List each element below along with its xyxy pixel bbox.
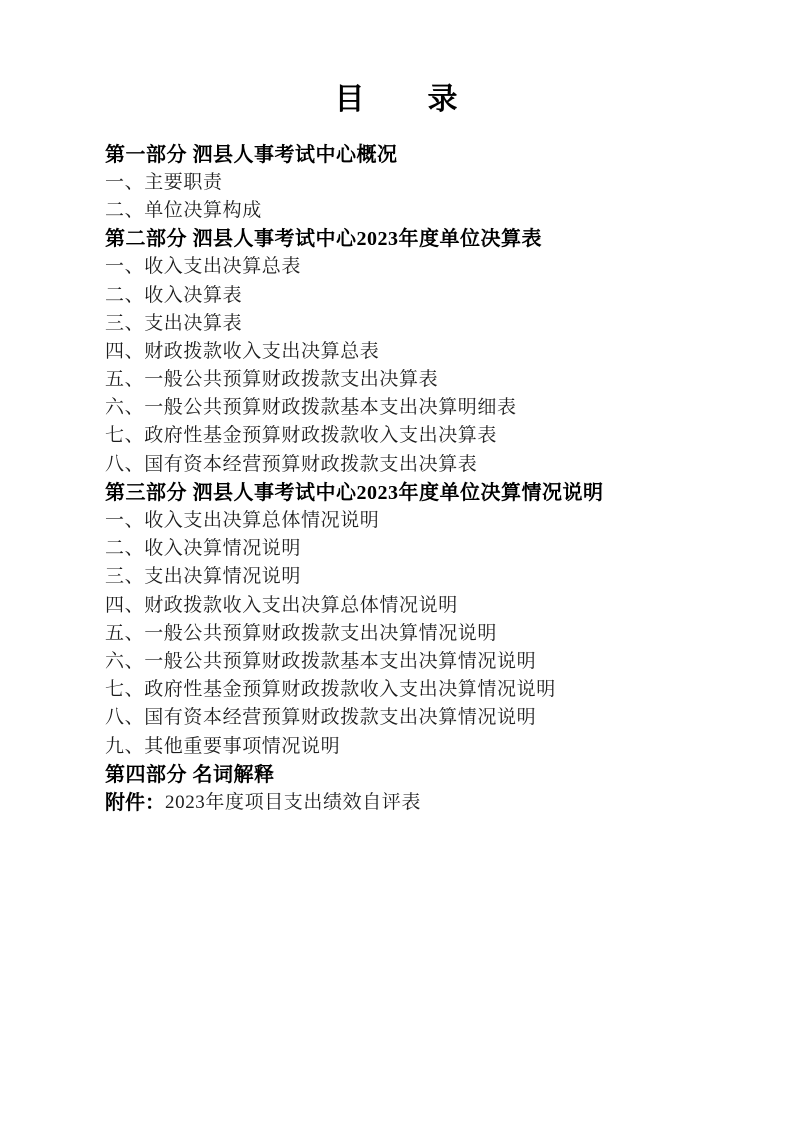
toc-entry: 一、收入支出决算总表 (105, 251, 733, 279)
toc-entry: 一、收入支出决算总体情况说明 (105, 504, 733, 532)
document-page: 目 录 第一部分 泗县人事考试中心概况 一、主要职责 二、单位决算构成 第二部分… (0, 0, 793, 1122)
attachment-line: 附件： 2023年度项目支出绩效自评表 (105, 786, 733, 814)
toc-entry: 四、财政拨款收入支出决算总表 (105, 335, 733, 363)
toc-entry: 六、一般公共预算财政拨款基本支出决算情况说明 (105, 645, 733, 673)
toc-entry: 二、单位决算构成 (105, 194, 733, 222)
attachment-title: 2023年度项目支出绩效自评表 (165, 787, 421, 814)
toc-entry: 五、一般公共预算财政拨款支出决算表 (105, 364, 733, 392)
toc-entry: 七、政府性基金预算财政拨款收入支出决算表 (105, 420, 733, 448)
attachment-label: 附件： (105, 786, 165, 815)
toc-entry: 二、收入决算情况说明 (105, 533, 733, 561)
toc-section-1-heading: 第一部分 泗县人事考试中心概况 (105, 138, 733, 166)
toc-entry: 三、支出决算表 (105, 307, 733, 335)
table-of-contents: 第一部分 泗县人事考试中心概况 一、主要职责 二、单位决算构成 第二部分 泗县人… (105, 138, 733, 815)
toc-entry: 一、主要职责 (105, 166, 733, 194)
toc-entry: 六、一般公共预算财政拨款基本支出决算明细表 (105, 392, 733, 420)
toc-entry: 七、政府性基金预算财政拨款收入支出决算情况说明 (105, 674, 733, 702)
page-title: 目 录 (0, 0, 793, 116)
toc-entry: 九、其他重要事项情况说明 (105, 730, 733, 758)
toc-entry: 五、一般公共预算财政拨款支出决算情况说明 (105, 617, 733, 645)
toc-section-2-heading: 第二部分 泗县人事考试中心2023年度单位决算表 (105, 223, 733, 251)
toc-entry: 四、财政拨款收入支出决算总体情况说明 (105, 589, 733, 617)
toc-entry: 二、收入决算表 (105, 279, 733, 307)
toc-entry: 八、国有资本经营预算财政拨款支出决算表 (105, 448, 733, 476)
toc-section-4-heading: 第四部分 名词解释 (105, 758, 733, 786)
toc-section-3-heading: 第三部分 泗县人事考试中心2023年度单位决算情况说明 (105, 476, 733, 504)
toc-entry: 八、国有资本经营预算财政拨款支出决算情况说明 (105, 702, 733, 730)
toc-entry: 三、支出决算情况说明 (105, 561, 733, 589)
